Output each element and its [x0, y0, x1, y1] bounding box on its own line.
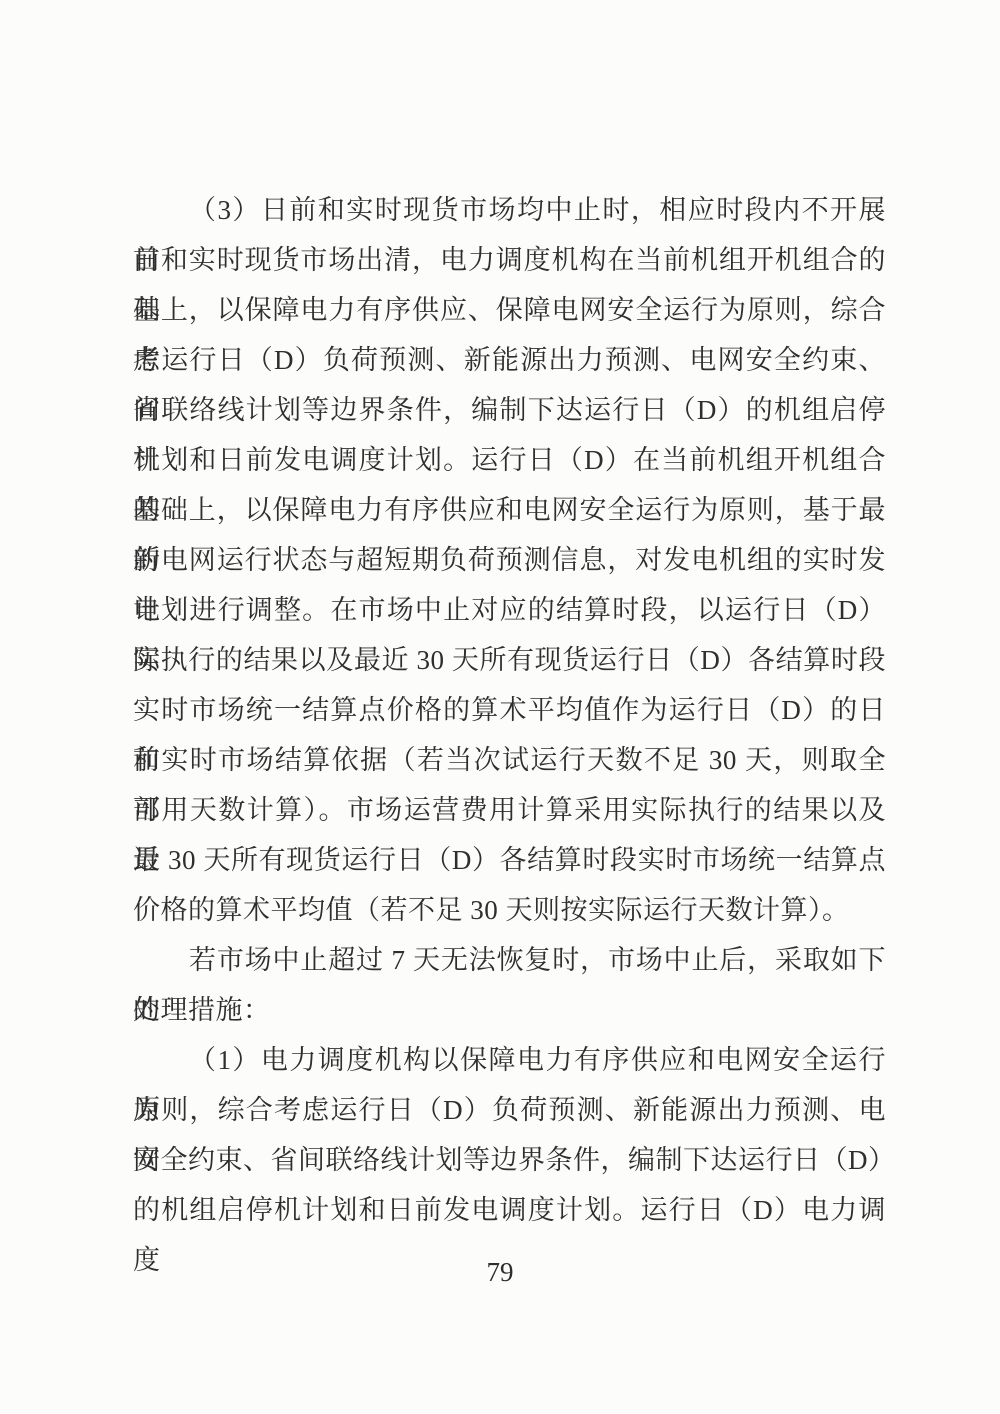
text-line: 可用天数计算）。市场运营费用计算采用实际执行的结果以及最 — [133, 785, 886, 835]
text-line: 计划进行调整。在市场中止对应的结算时段，以运行日（D）实 — [133, 585, 886, 635]
text-line: 若市场中止超过 7 天无法恢复时，市场中止后，采取如下的 — [133, 935, 886, 985]
text-line: 础上，以保障电力有序供应、保障电网安全运行为原则，综合考 — [133, 285, 886, 335]
text-line: 处理措施： — [133, 985, 886, 1035]
text-line: （3）日前和实时现货市场均中止时，相应时段内不开展日 — [133, 185, 886, 235]
text-line: 和实时市场结算依据（若当次试运行天数不足 30 天，则取全部 — [133, 735, 886, 785]
text-line: 前和实时现货市场出清，电力调度机构在当前机组开机组合的基 — [133, 235, 886, 285]
text-line: 的机组启停机计划和日前发电调度计划。运行日（D）电力调度 — [133, 1185, 886, 1235]
text-line: 实时市场统一结算点价格的算术平均值作为运行日（D）的日前 — [133, 685, 886, 735]
text-line: 安全约束、省间联络线计划等边界条件，编制下达运行日（D） — [133, 1135, 886, 1185]
document-page: （3）日前和实时现货市场均中止时，相应时段内不开展日 前和实时现货市场出清，电力… — [0, 0, 1000, 1414]
text-line: 基础上，以保障电力有序供应和电网安全运行为原则，基于最新 — [133, 485, 886, 535]
text-line: 价格的算术平均值（若不足 30 天则按实际运行天数计算）。 — [133, 885, 886, 935]
text-line: 近 30 天所有现货运行日（D）各结算时段实时市场统一结算点 — [133, 835, 886, 885]
text-line: 虑运行日（D）负荷预测、新能源出力预测、电网安全约束、省 — [133, 335, 886, 385]
text-line: 的电网运行状态与超短期负荷预测信息，对发电机组的实时发电 — [133, 535, 886, 585]
text-line: 间联络线计划等边界条件，编制下达运行日（D）的机组启停机 — [133, 385, 886, 435]
body-text: （3）日前和实时现货市场均中止时，相应时段内不开展日 前和实时现货市场出清，电力… — [133, 185, 886, 1235]
text-line: 计划和日前发电调度计划。运行日（D）在当前机组开机组合的 — [133, 435, 886, 485]
text-line: 际执行的结果以及最近 30 天所有现货运行日（D）各结算时段 — [133, 635, 886, 685]
page-number: 79 — [0, 1250, 1000, 1294]
text-line: （1）电力调度机构以保障电力有序供应和电网安全运行为 — [133, 1035, 886, 1085]
text-line: 原则，综合考虑运行日（D）负荷预测、新能源出力预测、电网 — [133, 1085, 886, 1135]
